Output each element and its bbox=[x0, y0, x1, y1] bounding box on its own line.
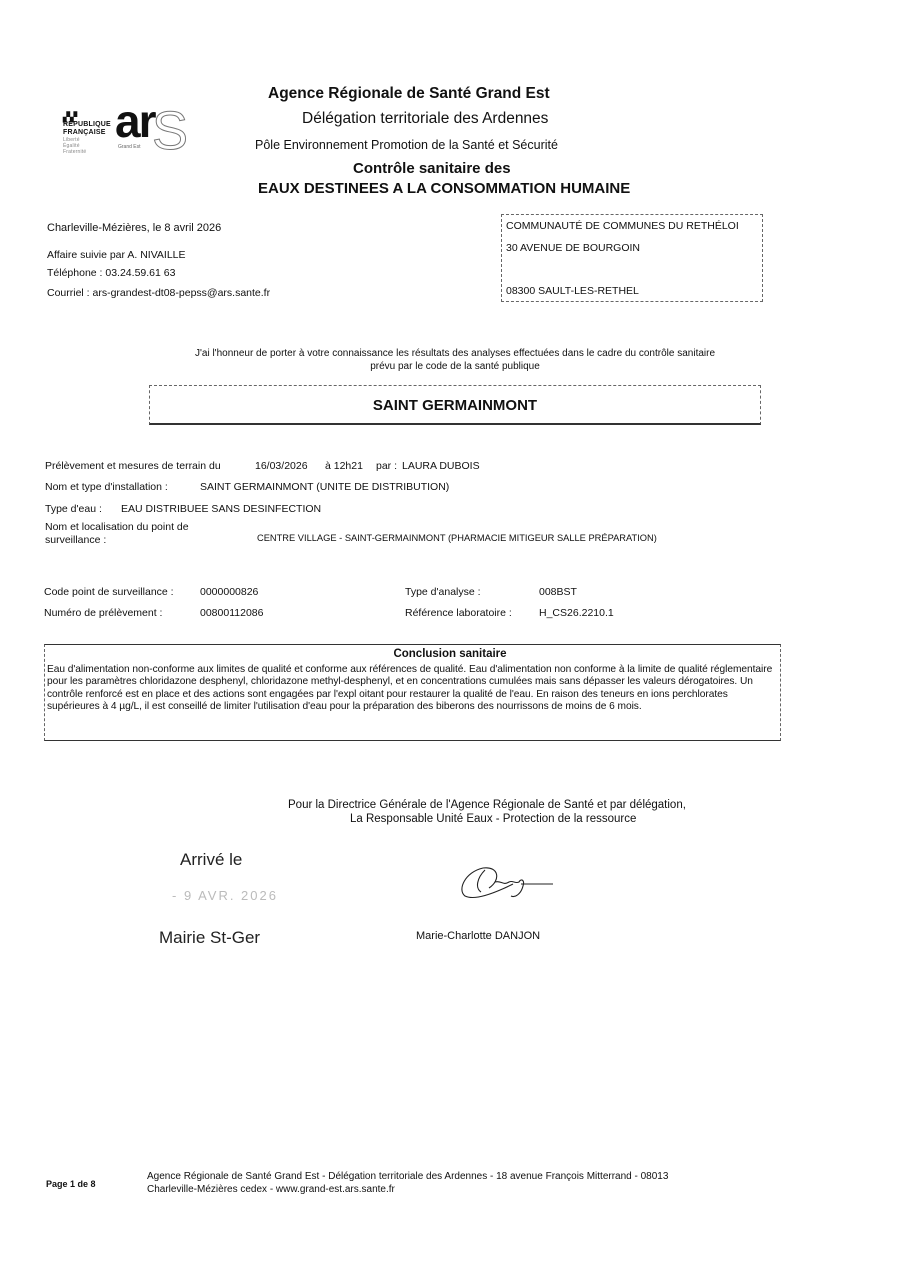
recipient-line2: 30 AVENUE DE BOURGOIN bbox=[506, 242, 640, 254]
phone: Téléphone : 03.24.59.61 63 bbox=[47, 267, 175, 279]
surveillance-point: CENTRE VILLAGE - SAINT-GERMAINMONT (PHAR… bbox=[257, 533, 657, 543]
recipient-line1: COMMUNAUTÉ DE COMMUNES DU RETHÉLOI bbox=[506, 220, 739, 232]
label-code-point: Code point de surveillance : bbox=[44, 586, 174, 598]
stamp-mairie: Mairie St-Ger bbox=[159, 928, 260, 948]
ars-logo-s: S bbox=[152, 104, 188, 158]
commune-title-box: SAINT GERMAINMONT bbox=[149, 385, 761, 425]
footer-address-line2: Charleville-Mézières cedex - www.grand-e… bbox=[147, 1184, 395, 1195]
label-point-2: surveillance : bbox=[45, 534, 106, 546]
footer-address-line1: Agence Régionale de Santé Grand Est - Dé… bbox=[147, 1171, 668, 1182]
label-by: par : bbox=[376, 460, 397, 472]
sample-number: 00800112086 bbox=[200, 607, 263, 619]
label-installation: Nom et type d'installation : bbox=[45, 481, 168, 493]
recipient-line3: 08300 SAULT-LES-RETHEL bbox=[506, 285, 639, 297]
stamp-arrived: Arrivé le bbox=[180, 850, 242, 870]
conclusion-text: Eau d'alimentation non-conforme aux limi… bbox=[47, 664, 777, 714]
label-sample-number: Numéro de prélèvement : bbox=[44, 607, 162, 619]
logo-text-francaise: FRANÇAISE bbox=[63, 129, 111, 137]
label-analysis-type: Type d'analyse : bbox=[405, 586, 481, 598]
sampler-name: LAURA DUBOIS bbox=[402, 460, 480, 472]
place-date: Charleville-Mézières, le 8 avril 2026 bbox=[47, 222, 221, 234]
installation: SAINT GERMAINMONT (UNITE DE DISTRIBUTION… bbox=[200, 481, 449, 493]
document-title-line1: Contrôle sanitaire des bbox=[353, 160, 511, 177]
sampling-date: 16/03/2026 bbox=[255, 460, 308, 472]
label-prelevement: Prélèvement et mesures de terrain du bbox=[45, 460, 221, 472]
analysis-type: 008BST bbox=[539, 586, 577, 598]
pole-name: Pôle Environnement Promotion de la Santé… bbox=[255, 138, 558, 152]
signer-name: Marie-Charlotte DANJON bbox=[416, 930, 540, 942]
handwritten-signature bbox=[455, 858, 565, 908]
ars-logo: ar bbox=[115, 96, 154, 146]
commune-title: SAINT GERMAINMONT bbox=[150, 386, 760, 426]
label-water-type: Type d'eau : bbox=[45, 503, 102, 515]
stamp-date: - 9 AVR. 2026 bbox=[172, 888, 278, 903]
email: Courriel : ars-grandest-dt08-pepss@ars.s… bbox=[47, 287, 270, 299]
logo-motto-3: Fraternité bbox=[63, 149, 111, 155]
page-number: Page 1 de 8 bbox=[46, 1179, 96, 1189]
followed-by: Affaire suivie par A. NIVAILLE bbox=[47, 249, 186, 261]
sampling-time: à 12h21 bbox=[325, 460, 363, 472]
logo-text-republique: RÉPUBLIQUE bbox=[63, 121, 111, 129]
signature-delegation-line2: La Responsable Unité Eaux - Protection d… bbox=[350, 813, 636, 825]
delegation-name: Délégation territoriale des Ardennes bbox=[302, 110, 548, 128]
lab-reference: H_CS26.2210.1 bbox=[539, 607, 614, 619]
republique-francaise-logo: ▞▞ RÉPUBLIQUE FRANÇAISE Liberté Égalité … bbox=[63, 113, 111, 155]
signature-delegation-line1: Pour la Directrice Générale de l'Agence … bbox=[288, 799, 686, 811]
intro-line2: prévu par le code de la santé publique bbox=[0, 361, 900, 372]
ars-logo-subtitle: Grand Est bbox=[118, 144, 141, 150]
water-type: EAU DISTRIBUEE SANS DESINFECTION bbox=[121, 503, 321, 515]
code-point: 0000000826 bbox=[200, 586, 258, 598]
recipient-address-box: COMMUNAUTÉ DE COMMUNES DU RETHÉLOI 30 AV… bbox=[501, 214, 763, 302]
intro-line1: J'ai l'honneur de porter à votre connais… bbox=[0, 348, 900, 359]
conclusion-title: Conclusion sanitaire bbox=[0, 648, 900, 660]
marianne-icon: ▞▞ bbox=[63, 113, 111, 121]
agency-name: Agence Régionale de Santé Grand Est bbox=[268, 85, 550, 103]
document-title-line2: EAUX DESTINEES A LA CONSOMMATION HUMAINE bbox=[258, 180, 630, 197]
label-point-1: Nom et localisation du point de bbox=[45, 521, 189, 533]
label-lab-reference: Référence laboratoire : bbox=[405, 607, 512, 619]
